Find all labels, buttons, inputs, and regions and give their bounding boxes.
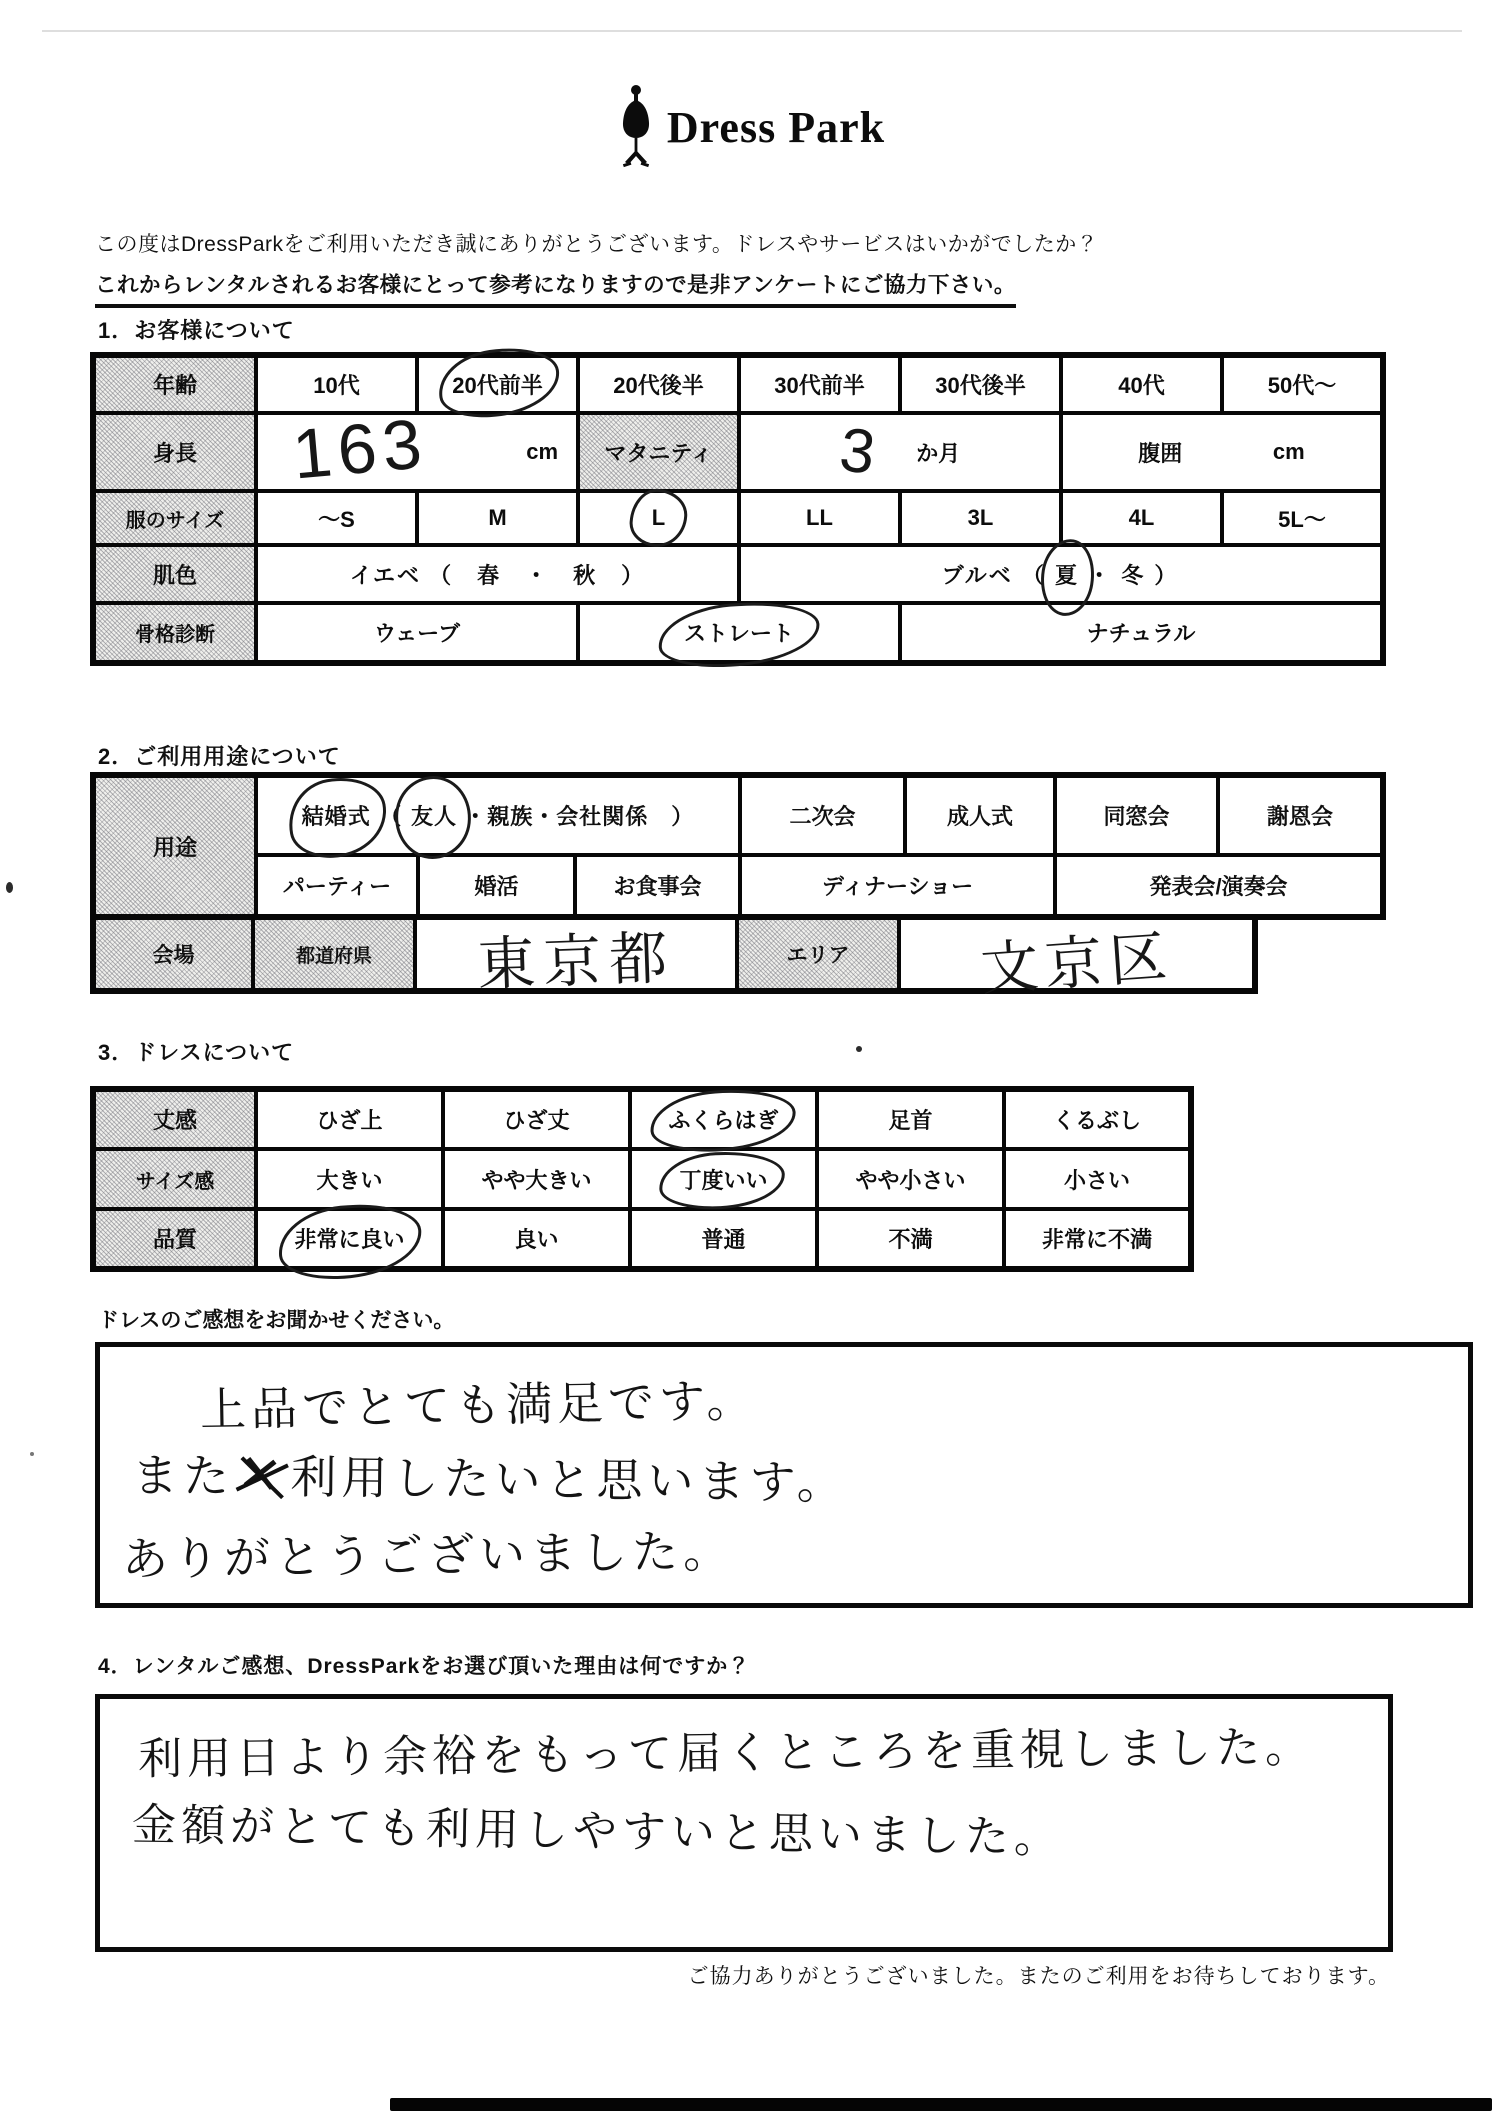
usage-row-2: パーティー 婚活 お食事会 ディナーショー 発表会/演奏会 [93,855,1383,917]
brand-name: Dress Park [667,102,885,153]
usage-option-label: 成人式 [947,804,1013,829]
age-option-label: 20代後半 [613,373,703,398]
age-option-label: 30代前半 [774,373,864,398]
skeleton-option: ウェーブ [256,603,578,663]
usage-table-wrap: 用途 結婚式 （ 友人 ・親族・会社関係 ） 二次会 成人式 同窓会 謝恩会 パ… [90,772,1386,994]
length-option: ひざ丈 [443,1089,630,1149]
usage-option-label: 発表会/演奏会 [1149,874,1287,899]
usage-option: 謝恩会 [1218,775,1383,855]
size-option-label: 5L～ [1278,507,1326,532]
scanned-survey-page: Dress Park この度はDressParkをご利用いただき誠にありがとうご… [0,0,1500,2127]
age-option-label: 40代 [1118,373,1164,398]
usage-option-label: 謝恩会 [1267,804,1333,829]
yellow-base-cell: イエベ （ 春 ・ 秋 ） [256,545,739,603]
dress-table: 丈感 ひざ上 ひざ丈 ふくらはぎ 足首 くるぶし サイズ感 大きい やや大きい … [90,1086,1194,1272]
paren-open: （ [378,800,404,831]
size-option-label: 4L [1129,505,1155,530]
usage-option: パーティー [256,855,418,917]
length-option-label: 足首 [888,1108,932,1133]
height-label: 身長 [93,413,256,491]
skeleton-row: 骨格診断 ウェーブ ストレート ナチュラル [93,603,1383,663]
size-option-label: LL [806,505,833,530]
size-option-label: ～S [318,507,355,532]
comment-line-3: ありがとうございました。 [122,1515,735,1590]
fit-option-label: 大きい [316,1168,382,1193]
length-option-label: ひざ上 [316,1108,382,1133]
skeleton-option-label: ウェーブ [374,621,460,646]
height-unit: cm [526,439,558,465]
age-option: 10代 [256,355,417,413]
skeleton-selected-circled: ストレート [684,617,794,648]
maternity-label: マタニティ [578,413,739,491]
quality-option-label: 普通 [701,1227,745,1252]
usage-option-label: お食事会 [613,874,701,899]
scan-artifact [30,1452,34,1456]
usage-option: 成人式 [905,775,1055,855]
size-label: 服のサイズ [93,491,256,545]
usage-option: お食事会 [575,855,740,917]
dress-form-icon [615,84,657,170]
scan-artifact [6,882,13,893]
prefecture-handwritten: 東京都 [476,911,677,1002]
comment-line-2-prefix: また [132,1449,235,1502]
fit-selected-circled: 丁度いい [679,1164,767,1195]
size-option-label: 3L [968,505,994,530]
age-option-label: 10代 [313,373,359,398]
fit-option: 大きい [256,1149,443,1209]
age-option: 50代～ [1222,355,1383,413]
waist-cell: 腹囲 cm [1061,413,1383,491]
clothing-size-row: 服のサイズ ～S M L LL 3L 4L 5L～ [93,491,1383,545]
usage-option: 同窓会 [1055,775,1218,855]
skeleton-option: ストレート [578,603,900,663]
size-option: LL [739,491,900,545]
fit-option-label: やや小さい [855,1168,965,1193]
area-label: エリア [739,920,901,988]
paren-close: ） [1153,559,1179,590]
length-option: ひざ上 [256,1089,443,1149]
section3-heading: 3．ドレスについて [98,1036,294,1067]
length-option: 足首 [817,1089,1004,1149]
usage-option-label: 同窓会 [1103,804,1169,829]
usage-option-label: パーティー [283,874,391,899]
maternity-label-text: マタニティ [604,441,712,466]
quality-selected-circled: 非常に良い [294,1223,404,1254]
comment-line-2: また✕利用したいと思います。 [132,1439,849,1512]
fit-option-label: やや大きい [481,1168,591,1193]
paren-open: （ [1021,559,1047,590]
footer-thanks: ご協力ありがとうございました。またのご利用をお待ちしております。 [95,1960,1390,1990]
usage-option: 婚活 [418,855,575,917]
usage-option-label: ディナーショー [822,874,973,899]
size-option: ～S [256,491,417,545]
reason-comment-box: 利用日より余裕をもって届くところを重視しました。 金額がとても利用しやすいと思い… [95,1694,1393,1952]
waist-unit: cm [1273,439,1305,465]
scan-artifact [856,1046,862,1052]
separator-dot: ・ [1087,559,1113,590]
skeleton-option-label: ナチュラル [1087,621,1196,646]
blue-base-cell: ブルベ （ 夏 ・ 冬 ） [739,545,1383,603]
maternity-months-handwritten: 3 [840,450,874,454]
skin-label: 肌色 [93,545,256,603]
age-label: 年齢 [93,355,256,413]
quality-option: 普通 [630,1209,817,1269]
height-value-handwritten: 163 [289,403,430,494]
intro-underlined-text: これからレンタルされるお客様にとって参考になりますので是非アンケートにご協力下さ… [95,268,1016,308]
usage-option-label: 婚活 [474,874,518,899]
height-value-cell: 163 cm [256,413,578,491]
maternity-value-cell: 3 か月 [739,413,1061,491]
quality-option-label: 良い [514,1227,558,1252]
customer-table: 年齢 10代 20代前半 20代後半 30代前半 30代後半 40代 50代～ … [90,352,1386,666]
winter-label: 冬 [1121,563,1145,588]
wedding-cell: 結婚式 （ 友人 ・親族・会社関係 ） [256,775,740,855]
age-option: 20代後半 [578,355,739,413]
size-option-label: M [488,505,506,530]
usage-option: 二次会 [740,775,905,855]
fit-option: 小さい [1004,1149,1191,1209]
usage-option: ディナーショー [740,855,1055,917]
comment-line-2-suffix: 利用したいと思います。 [290,1451,848,1509]
skeleton-option: ナチュラル [900,603,1383,663]
age-option: 30代前半 [739,355,900,413]
size-option: 5L～ [1222,491,1383,545]
length-selected-circled: ふくらはぎ [668,1104,778,1135]
scribbled-out-character: ✕ [235,1443,290,1508]
fit-label: サイズ感 [93,1149,256,1209]
length-option: ふくらはぎ [630,1089,817,1149]
venue-label: 会場 [96,920,255,988]
quality-row: 品質 非常に良い 良い 普通 不満 非常に不満 [93,1209,1191,1269]
blue-base-label: ブルベ [942,563,1013,588]
scan-artifact-bottom-bar [390,2098,1492,2111]
area-value-cell: 文京区 [901,920,1252,988]
section4-heading: 4．レンタルご感想、DressParkをお選び頂いた理由は何ですか？ [98,1650,750,1680]
quality-option-label: 不満 [888,1227,932,1252]
reason-line-1: 利用日より余裕をもって届くところを重視しました。 [138,1711,1315,1787]
fit-option: やや大きい [443,1149,630,1209]
quality-option: 非常に良い [256,1209,443,1269]
length-option-label: くるぶし [1053,1108,1141,1133]
fit-option: 丁度いい [630,1149,817,1209]
area-handwritten: 文京区 [978,909,1175,1006]
fit-row: サイズ感 大きい やや大きい 丁度いい やや小さい 小さい [93,1149,1191,1209]
size-option: L [578,491,739,545]
length-row: 丈感 ひざ上 ひざ丈 ふくらはぎ 足首 くるぶし [93,1089,1191,1149]
yellow-base-label: イエベ [350,563,421,588]
summer-selected-circled: 夏 [1055,559,1079,590]
age-option: 40代 [1061,355,1222,413]
age-option: 30代後半 [900,355,1061,413]
length-option-label: ひざ丈 [503,1108,569,1133]
size-option: 4L [1061,491,1222,545]
quality-option: 良い [443,1209,630,1269]
maternity-unit: か月 [916,437,960,468]
skeleton-label: 骨格診断 [93,603,256,663]
prefecture-value-cell: 東京都 [417,920,739,988]
dress-comment-prompt: ドレスのご感想をお聞かせください。 [98,1304,454,1334]
venue-row: 会場 都道府県 東京都 エリア 文京区 [90,920,1258,994]
section2-heading: 2．ご利用用途について [98,740,341,771]
length-label: 丈感 [93,1089,256,1149]
length-option: くるぶし [1004,1089,1191,1149]
section1-heading: 1．お客様について [98,314,295,345]
waist-label: 腹囲 [1138,437,1182,468]
skin-tone-row: 肌色 イエベ （ 春 ・ 秋 ） ブルベ （ 夏 ・ 冬 ） [93,545,1383,603]
reason-line-2: 金額がとても利用しやすいと思いました。 [132,1789,1064,1866]
prefecture-label: 都道府県 [255,920,417,988]
brand-logo: Dress Park [0,84,1500,170]
area-label-text: エリア [787,939,850,969]
quality-option-label: 非常に不満 [1042,1227,1152,1252]
comment-line-1: 上品でとても満足です。 [199,1364,757,1440]
quality-option: 非常に不満 [1004,1209,1191,1269]
size-option: 3L [900,491,1061,545]
dress-comment-box: 上品でとても満足です。 また✕利用したいと思います。 ありがとうございました。 [95,1342,1473,1608]
age-selected-circled: 20代前半 [452,369,542,400]
quality-label: 品質 [93,1209,256,1269]
age-option-label: 30代後半 [935,373,1025,398]
fit-option-label: 小さい [1064,1168,1130,1193]
usage-label: 用途 [93,775,256,917]
usage-row-1: 用途 結婚式 （ 友人 ・親族・会社関係 ） 二次会 成人式 同窓会 謝恩会 [93,775,1383,855]
quality-option: 不満 [817,1209,1004,1269]
intro-text: この度はDressParkをご利用いただき誠にありがとうございます。ドレスやサー… [95,228,1098,258]
usage-table: 用途 結婚式 （ 友人 ・親族・会社関係 ） 二次会 成人式 同窓会 謝恩会 パ… [90,772,1386,920]
age-row: 年齢 10代 20代前半 20代後半 30代前半 30代後半 40代 50代～ [93,355,1383,413]
scan-artifact [42,30,1462,32]
age-option: 20代前半 [417,355,578,413]
usage-option: 発表会/演奏会 [1055,855,1383,917]
prefecture-label-text: 都道府県 [296,941,372,968]
size-selected-circled: L [652,505,665,531]
wedding-selected-circled: 結婚式 [302,800,371,831]
friend-selected-circled: 友人 [411,800,457,831]
yellow-seasons: （ 春 ・ 秋 ） [429,563,645,588]
age-option-label: 50代～ [1268,373,1336,398]
size-option: M [417,491,578,545]
fit-option: やや小さい [817,1149,1004,1209]
usage-option-label: 二次会 [789,804,855,829]
wedding-relations: ・親族・会社関係 ） [464,804,694,829]
venue-label-text: 会場 [153,939,195,969]
height-row: 身長 163 cm マタニティ 3 か月 腹囲 cm [93,413,1383,491]
